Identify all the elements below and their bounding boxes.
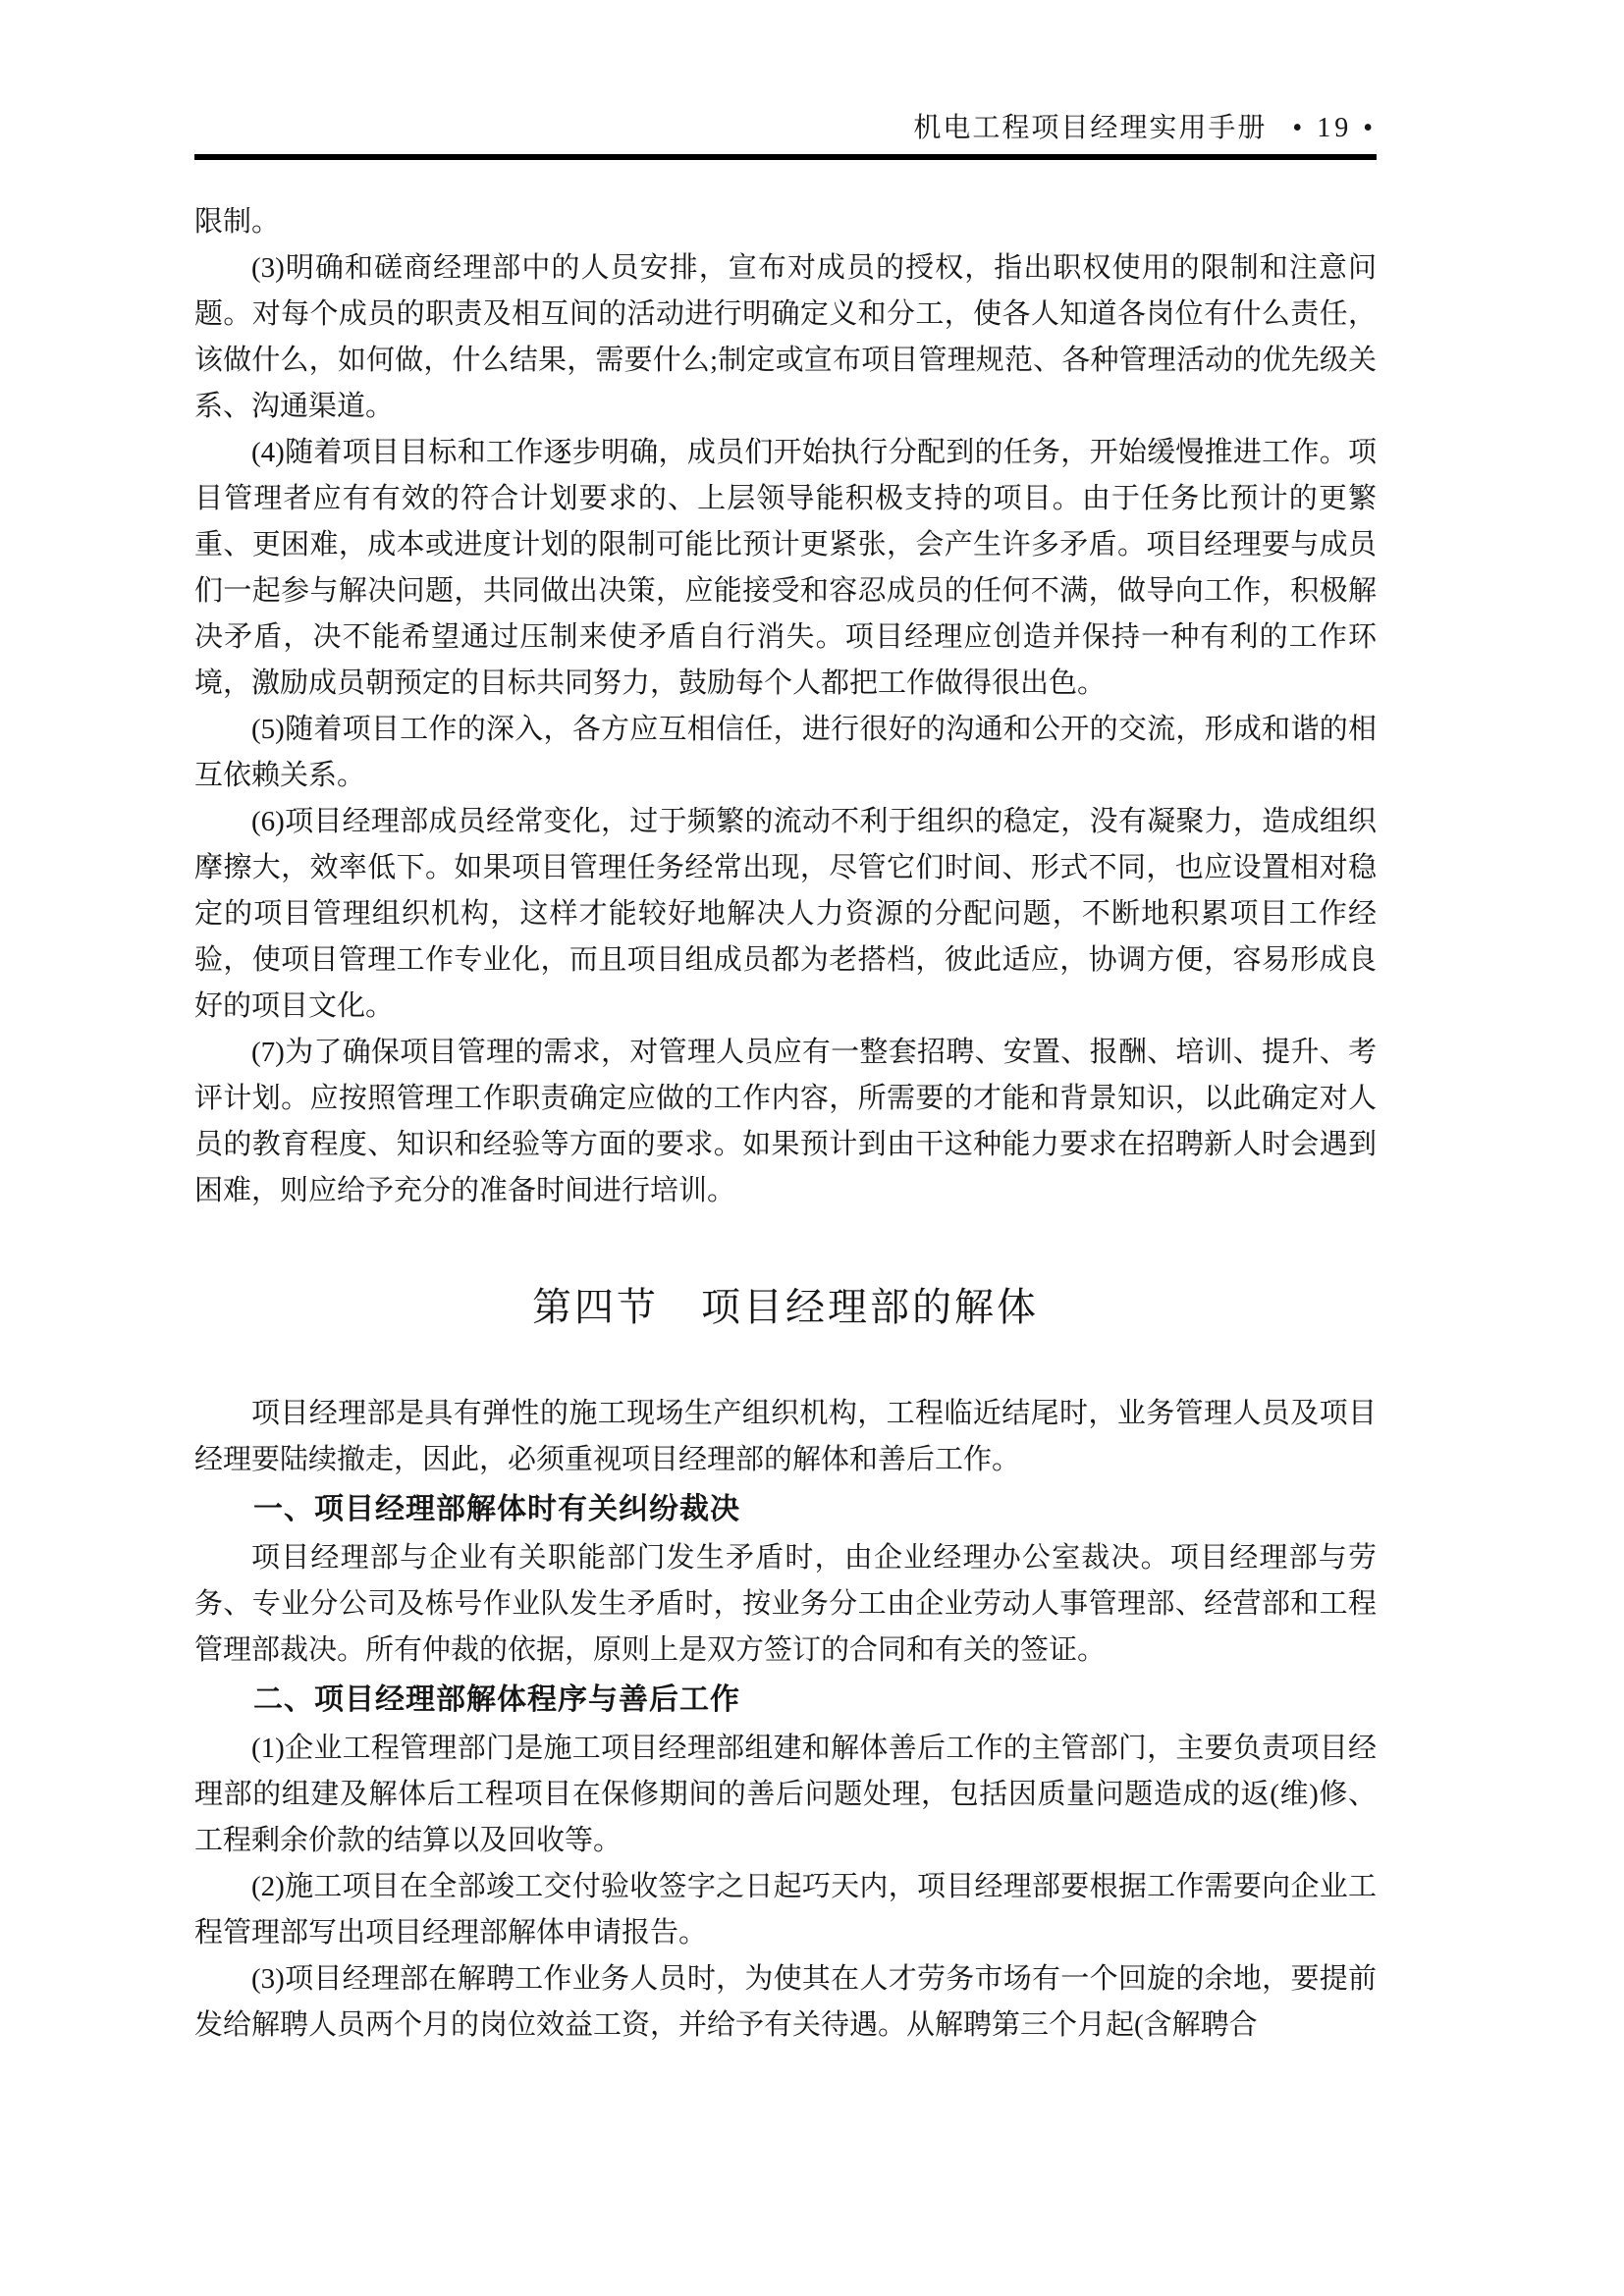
paragraph-arbitration: 项目经理部与企业有关职能部门发生矛盾时，由企业经理办公室裁决。项目经理部与劳务、… (194, 1535, 1377, 1674)
subsection-heading-2: 二、项目经理部解体程序与善后工作 (194, 1677, 1377, 1723)
paragraph-item-7: (7)为了确保项目管理的需求，对管理人员应有一整套招聘、安置、报酬、培训、提升、… (194, 1030, 1377, 1214)
paragraph-dissolve-3: (3)项目经理部在解聘工作业务人员时，为使其在人才劳务市场有一个回旋的余地，要提… (194, 1956, 1377, 2049)
book-title: 机电工程项目经理实用手册 (913, 112, 1267, 145)
paragraph-carryover: 限制。 (194, 199, 1377, 245)
document-page: 机电工程项目经理实用手册 • 19 • 限制。 (3)明确和磋商经理部中的人员安… (0, 0, 1624, 2296)
paragraph-dissolve-1: (1)企业工程管理部门是施工项目经理部组建和解体善后工作的主管部门，主要负责项目… (194, 1726, 1377, 1864)
page-body: 限制。 (3)明确和磋商经理部中的人员安排，宣布对成员的授权，指出职权使用的限制… (194, 199, 1377, 2049)
running-header: 机电工程项目经理实用手册 • 19 • (194, 112, 1377, 160)
paragraph-item-5: (5)随着项目工作的深入，各方应互相信任，进行很好的沟通和公开的交流，形成和谐的… (194, 707, 1377, 799)
paragraph-item-4: (4)随着项目目标和工作逐步明确，成员们开始执行分配到的任务，开始缓慢推进工作。… (194, 430, 1377, 707)
page-content: 机电工程项目经理实用手册 • 19 • 限制。 (3)明确和磋商经理部中的人员安… (194, 0, 1377, 2049)
page-number: • 19 • (1292, 112, 1377, 145)
section-title: 第四节 项目经理部的解体 (194, 1283, 1377, 1332)
paragraph-section-intro: 项目经理部是具有弹性的施工现场生产组织机构，工程临近结尾时，业务管理人员及项目经… (194, 1391, 1377, 1483)
paragraph-dissolve-2: (2)施工项目在全部竣工交付验收签字之日起巧天内，项目经理部要根据工作需要向企业… (194, 1864, 1377, 1956)
subsection-heading-1: 一、项目经理部解体时有关纠纷裁决 (194, 1486, 1377, 1532)
paragraph-item-6: (6)项目经理部成员经常变化，过于频繁的流动不利于组织的稳定，没有凝聚力，造成组… (194, 799, 1377, 1030)
paragraph-item-3: (3)明确和磋商经理部中的人员安排，宣布对成员的授权，指出职权使用的限制和注意问… (194, 245, 1377, 430)
